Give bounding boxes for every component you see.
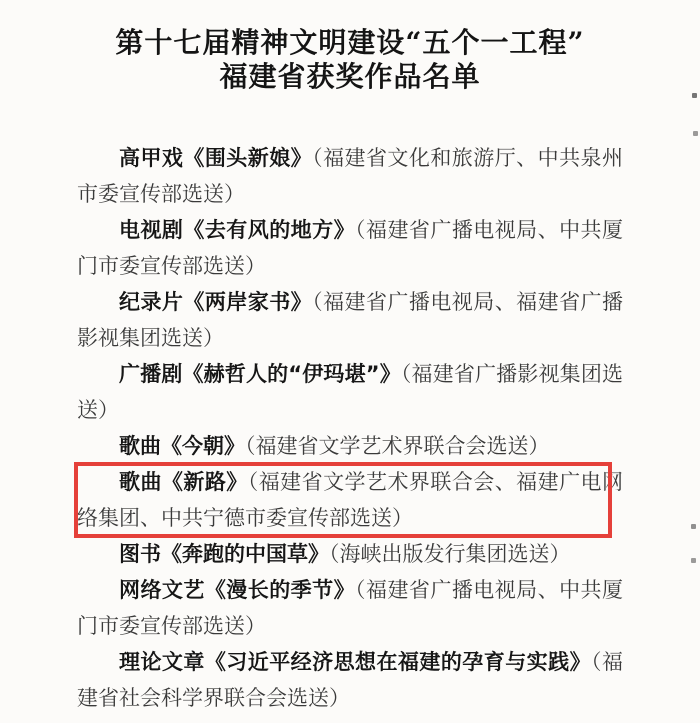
award-entry-radio-drama: 广播剧《赫哲人的“伊玛堪”》（福建省广播影视集团选送） bbox=[77, 356, 623, 428]
award-entry-documentary: 纪录片《两岸家书》（福建省广播电视局、福建省广播影视集团选送） bbox=[77, 284, 623, 356]
award-entry-web-art: 网络文艺《漫长的季节》（福建省广播电视局、中共厦门市委宣传部选送） bbox=[77, 572, 623, 644]
work-title: 电视剧《去有风的地方》 bbox=[119, 218, 355, 242]
award-entry-song-xinlu-highlighted: 歌曲《新路》（福建省文学艺术界联合会、福建广电网络集团、中共宁德市委宣传部选送） bbox=[77, 464, 623, 536]
work-title: 纪录片《两岸家书》 bbox=[119, 290, 312, 314]
title-line-2: 福建省获奖作品名单 bbox=[0, 60, 700, 94]
work-title: 高甲戏《围头新娘》 bbox=[119, 146, 312, 170]
work-title: 歌曲《今朝》 bbox=[119, 434, 245, 458]
scan-speck bbox=[693, 131, 698, 136]
submitting-orgs: （福建省文学艺术界联合会选送） bbox=[245, 434, 550, 458]
award-entry-song-jinzhao: 歌曲《今朝》（福建省文学艺术界联合会选送） bbox=[77, 428, 623, 464]
document-title: 第十七届精神文明建设“五个一工程” 福建省获奖作品名单 bbox=[0, 26, 700, 94]
submitting-orgs: （海峡出版发行集团选送） bbox=[329, 542, 571, 566]
scan-speck bbox=[691, 558, 696, 563]
award-entry-gaojiaxi: 高甲戏《围头新娘》（福建省文化和旅游厅、中共泉州市委宣传部选送） bbox=[77, 140, 623, 212]
work-title: 歌曲《新路》 bbox=[119, 470, 248, 494]
work-title: 图书《奔跑的中国草》 bbox=[119, 542, 329, 566]
work-title: 广播剧《赫哲人的“伊玛堪”》 bbox=[119, 362, 401, 386]
title-line-1: 第十七届精神文明建设“五个一工程” bbox=[0, 26, 700, 60]
award-entry-book: 图书《奔跑的中国草》（海峡出版发行集团选送） bbox=[77, 536, 623, 572]
scanned-document: 第十七届精神文明建设“五个一工程” 福建省获奖作品名单 高甲戏《围头新娘》（福建… bbox=[0, 0, 700, 723]
award-entry-theory-article: 理论文章《习近平经济思想在福建的孕育与实践》（福建省社会科学界联合会选送） bbox=[77, 644, 623, 716]
award-list: 高甲戏《围头新娘》（福建省文化和旅游厅、中共泉州市委宣传部选送） 电视剧《去有风… bbox=[77, 140, 623, 716]
work-title: 理论文章《习近平经济思想在福建的孕育与实践》 bbox=[119, 650, 591, 674]
scan-speck bbox=[691, 524, 696, 529]
scan-speck bbox=[692, 93, 697, 98]
work-title: 网络文艺《漫长的季节》 bbox=[119, 578, 355, 602]
award-entry-tv-drama: 电视剧《去有风的地方》（福建省广播电视局、中共厦门市委宣传部选送） bbox=[77, 212, 623, 284]
